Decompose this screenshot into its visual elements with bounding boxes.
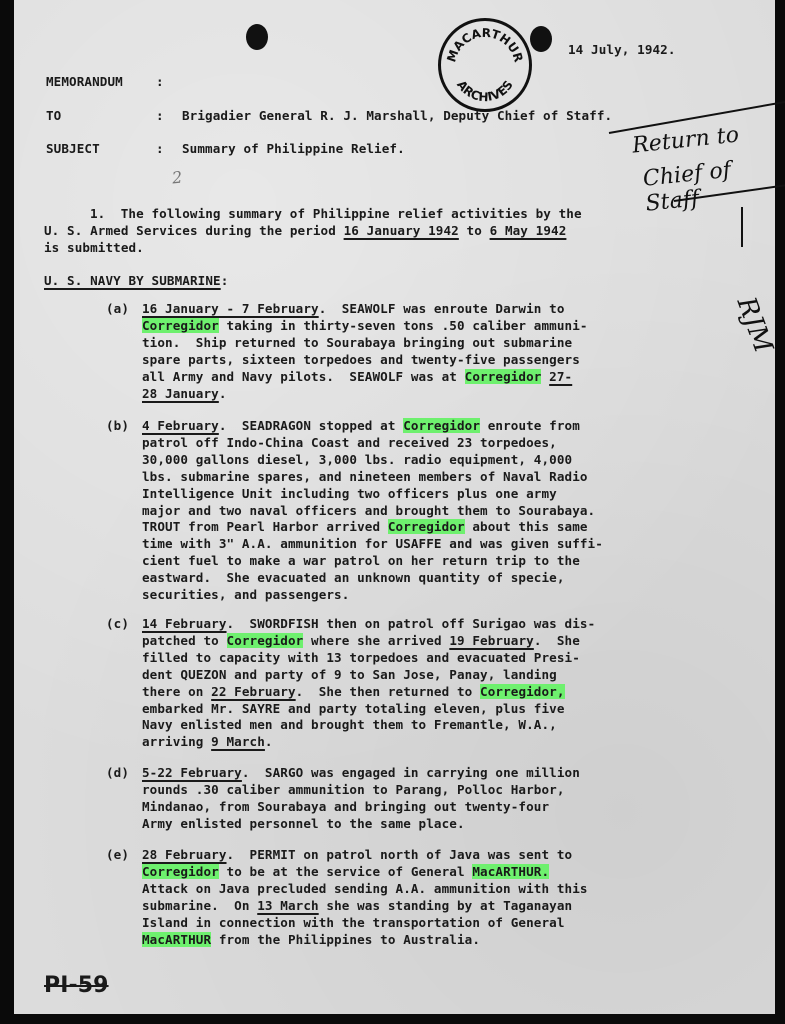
section-heading-text: U. S. NAVY BY SUBMARINE [44, 273, 221, 288]
paragraph-line: embarked Mr. SAYRE and party totaling el… [142, 701, 565, 716]
intro-text: to [459, 223, 490, 238]
paragraph-line: eastward. She evacuated an unknown quant… [142, 570, 565, 585]
underlined-date: 27- [549, 369, 572, 384]
paragraph-text: spare parts, sixteen torpedoes and twent… [142, 352, 580, 367]
paragraph-label: (c) [106, 616, 129, 631]
paragraph-text: from the Philippines to Australia. [211, 932, 480, 947]
paragraph-line: filled to capacity with 13 torpedoes and… [142, 650, 580, 665]
paragraph-text: Mindanao, from Sourabaya and bringing ou… [142, 799, 549, 814]
intro-text: U. S. Armed Services during the period [44, 223, 344, 238]
pen-stroke [741, 207, 743, 247]
paragraph-text: Island in connection with the transporta… [142, 915, 565, 930]
intro-line-2: U. S. Armed Services during the period 1… [44, 223, 566, 238]
paragraph-line: cient fuel to make a war patrol on her r… [142, 553, 580, 568]
colon: : [156, 141, 182, 156]
handwritten-initials: RJM [731, 293, 779, 357]
paragraph-line: Intelligence Unit including two officers… [142, 486, 557, 501]
paragraph-text: TROUT from Pearl Harbor arrived [142, 519, 388, 534]
paragraph-line: rounds .30 caliber ammunition to Parang,… [142, 782, 565, 797]
colon: : [156, 108, 182, 123]
highlighted-term: Corregidor [142, 864, 219, 879]
paragraph-line: Mindanao, from Sourabaya and bringing ou… [142, 799, 549, 814]
highlighted-term: Corregidor [227, 633, 304, 648]
paragraph-line: patched to Corregidor where she arrived … [142, 633, 580, 648]
colon: : [156, 74, 182, 89]
to-value: Brigadier General R. J. Marshall, Deputy… [182, 108, 612, 123]
paragraph-line: spare parts, sixteen torpedoes and twent… [142, 352, 580, 367]
underlined-date: 19 February [449, 633, 534, 648]
paragraph-text: rounds .30 caliber ammunition to Parang,… [142, 782, 565, 797]
svg-text:MACARTHUR: MACARTHUR [444, 26, 525, 64]
paragraph-text: submarine. On [142, 898, 257, 913]
paragraph-line: Corregidor to be at the service of Gener… [142, 864, 549, 879]
paragraph-text: Army enlisted personnel to the same plac… [142, 816, 465, 831]
svg-text:ARCHIVES: ARCHIVES [454, 78, 516, 104]
paragraph-line: MacARTHUR from the Philippines to Austra… [142, 932, 480, 947]
to-label: TO [46, 108, 156, 123]
paragraph-line: 28 February. PERMIT on patrol north of J… [142, 847, 572, 862]
highlighted-term: Corregidor [388, 519, 465, 534]
paragraph-line: Army enlisted personnel to the same plac… [142, 816, 465, 831]
paragraph-line: Island in connection with the transporta… [142, 915, 565, 930]
underlined-date: 28 January [142, 386, 219, 401]
paragraph-line: patrol off Indo-China Coast and received… [142, 435, 557, 450]
paragraph-line: 14 February. SWORDFISH then on patrol of… [142, 616, 595, 631]
paragraph-text: . SARGO was engaged in carrying one mill… [242, 765, 580, 780]
paragraph-text: filled to capacity with 13 torpedoes and… [142, 650, 580, 665]
underlined-date: 22 February [211, 684, 296, 699]
paragraph-line: securities, and passengers. [142, 587, 349, 602]
paragraph-text: . [265, 734, 273, 749]
paragraph-text: patched to [142, 633, 227, 648]
paragraph-text: tion. Ship returned to Sourabaya bringin… [142, 335, 572, 350]
to-row: TO:Brigadier General R. J. Marshall, Dep… [46, 108, 612, 123]
punch-hole-left [246, 24, 268, 50]
paragraph-line: Corregidor taking in thirty-seven tons .… [142, 318, 588, 333]
paragraph-line: 28 January. [142, 386, 227, 401]
paragraph-label: (d) [106, 765, 129, 780]
highlighted-term: Corregidor [465, 369, 542, 384]
paragraph-label: (b) [106, 418, 129, 433]
paragraph-text: cient fuel to make a war patrol on her r… [142, 553, 580, 568]
subject-value: Summary of Philippine Relief. [182, 141, 405, 156]
memorandum-row: MEMORANDUM: [46, 74, 182, 89]
paragraph-text: major and two naval officers and brought… [142, 503, 595, 518]
paragraph-line: dent QUEZON and party of 9 to San Jose, … [142, 667, 557, 682]
paragraph-text: securities, and passengers. [142, 587, 349, 602]
paragraph-line: Navy enlisted men and brought them to Fr… [142, 717, 557, 732]
paragraph-label: (e) [106, 847, 129, 862]
paragraph-line: 30,000 gallons diesel, 3,000 lbs. radio … [142, 452, 572, 467]
paragraph-text: . She [534, 633, 580, 648]
paragraph-text: enroute from [480, 418, 580, 433]
paragraph-text: Navy enlisted men and brought them to Fr… [142, 717, 557, 732]
paragraph-text: she was standing by at Taganayan [319, 898, 573, 913]
paragraph-line: lbs. submarine spares, and nineteen memb… [142, 469, 588, 484]
archives-stamp: MACARTHUR ARCHIVES [438, 18, 532, 112]
intro-line-3: is submitted. [44, 240, 144, 255]
paragraph-line: 16 January - 7 February. SEAWOLF was enr… [142, 301, 565, 316]
paragraph-text: patrol off Indo-China Coast and received… [142, 435, 557, 450]
period-start-date: 16 January 1942 [344, 223, 459, 238]
highlighted-term: MacARTHUR. [472, 864, 549, 879]
paragraph-text: . SEADRAGON stopped at [219, 418, 403, 433]
paragraph-text: dent QUEZON and party of 9 to San Jose, … [142, 667, 557, 682]
paragraph-line: submarine. On 13 March she was standing … [142, 898, 572, 913]
paragraph-text: 30,000 gallons diesel, 3,000 lbs. radio … [142, 452, 572, 467]
paragraph-text: time with 3" A.A. ammunition for USAFFE … [142, 536, 603, 551]
paragraph-text: all Army and Navy pilots. SEAWOLF was at [142, 369, 465, 384]
paragraph-line: 5-22 February. SARGO was engaged in carr… [142, 765, 580, 780]
paragraph-text: about this same [465, 519, 588, 534]
paragraph-line: tion. Ship returned to Sourabaya bringin… [142, 335, 572, 350]
paragraph-text: Intelligence Unit including two officers… [142, 486, 557, 501]
section-heading: U. S. NAVY BY SUBMARINE: [44, 273, 228, 288]
paragraph-text: . SWORDFISH then on patrol off Surigao w… [227, 616, 596, 631]
paragraph-line: 4 February. SEADRAGON stopped at Corregi… [142, 418, 580, 433]
paragraph-label: (a) [106, 301, 129, 316]
underlined-date: 14 February [142, 616, 227, 631]
paragraph-text: there on [142, 684, 211, 699]
intro-number: 1. [90, 206, 105, 221]
underlined-date: 28 February [142, 847, 227, 862]
stamp-bottom-text: ARCHIVES [454, 78, 516, 104]
paragraph-text: . SEAWOLF was enroute Darwin to [319, 301, 565, 316]
paragraph-text: . [219, 386, 227, 401]
subject-row: SUBJECT:Summary of Philippine Relief. [46, 141, 405, 156]
paragraph-line: major and two naval officers and brought… [142, 503, 595, 518]
memorandum-label: MEMORANDUM [46, 74, 156, 89]
paragraph-line: arriving 9 March. [142, 734, 273, 749]
paragraph-text: where she arrived [303, 633, 449, 648]
underlined-date: 16 January - 7 February [142, 301, 319, 316]
paragraph-text: taking in thirty-seven tons .50 caliber … [219, 318, 588, 333]
paragraph-line: there on 22 February. She then returned … [142, 684, 565, 699]
paragraph-text: arriving [142, 734, 211, 749]
highlighted-term: MacARTHUR [142, 932, 211, 947]
memo-date: 14 July, 1942. [568, 42, 676, 57]
memo-page: MACARTHUR ARCHIVES 14 July, 1942. MEMORA… [14, 0, 775, 1014]
underlined-date: 4 February [142, 418, 219, 433]
intro-line-1: 1. The following summary of Philippine r… [90, 206, 582, 221]
paragraph-text: to be at the service of General [219, 864, 473, 879]
underlined-date: 9 March [211, 734, 265, 749]
handwritten-note-line1: Return to [631, 122, 740, 158]
underlined-date: 5-22 February [142, 765, 242, 780]
highlighted-term: Corregidor [403, 418, 480, 433]
paragraph-text: Attack on Java precluded sending A.A. am… [142, 881, 588, 896]
intro-text: The following summary of Philippine reli… [121, 206, 582, 221]
highlighted-term: Corregidor, [480, 684, 565, 699]
paragraph-line: all Army and Navy pilots. SEAWOLF was at… [142, 369, 572, 384]
stamp-top-text: MACARTHUR [444, 26, 525, 64]
highlighted-term: Corregidor [142, 318, 219, 333]
paragraph-line: TROUT from Pearl Harbor arrived Corregid… [142, 519, 588, 534]
paragraph-line: time with 3" A.A. ammunition for USAFFE … [142, 536, 603, 551]
paragraph-text: . She then returned to [296, 684, 480, 699]
punch-hole-right [530, 26, 552, 52]
handwritten-page-mark: 2 [171, 168, 183, 188]
paragraph-text: . PERMIT on patrol north of Java was sen… [227, 847, 573, 862]
period-end-date: 6 May 1942 [490, 223, 567, 238]
underlined-date: 13 March [257, 898, 318, 913]
handwritten-note-line2: Chief of Staff [642, 153, 778, 216]
paragraph-text: embarked Mr. SAYRE and party totaling el… [142, 701, 565, 716]
paragraph-line: Attack on Java precluded sending A.A. am… [142, 881, 588, 896]
file-code: PI-59 [44, 973, 109, 998]
subject-label: SUBJECT [46, 141, 156, 156]
paragraph-text: lbs. submarine spares, and nineteen memb… [142, 469, 588, 484]
paragraph-text: eastward. She evacuated an unknown quant… [142, 570, 565, 585]
